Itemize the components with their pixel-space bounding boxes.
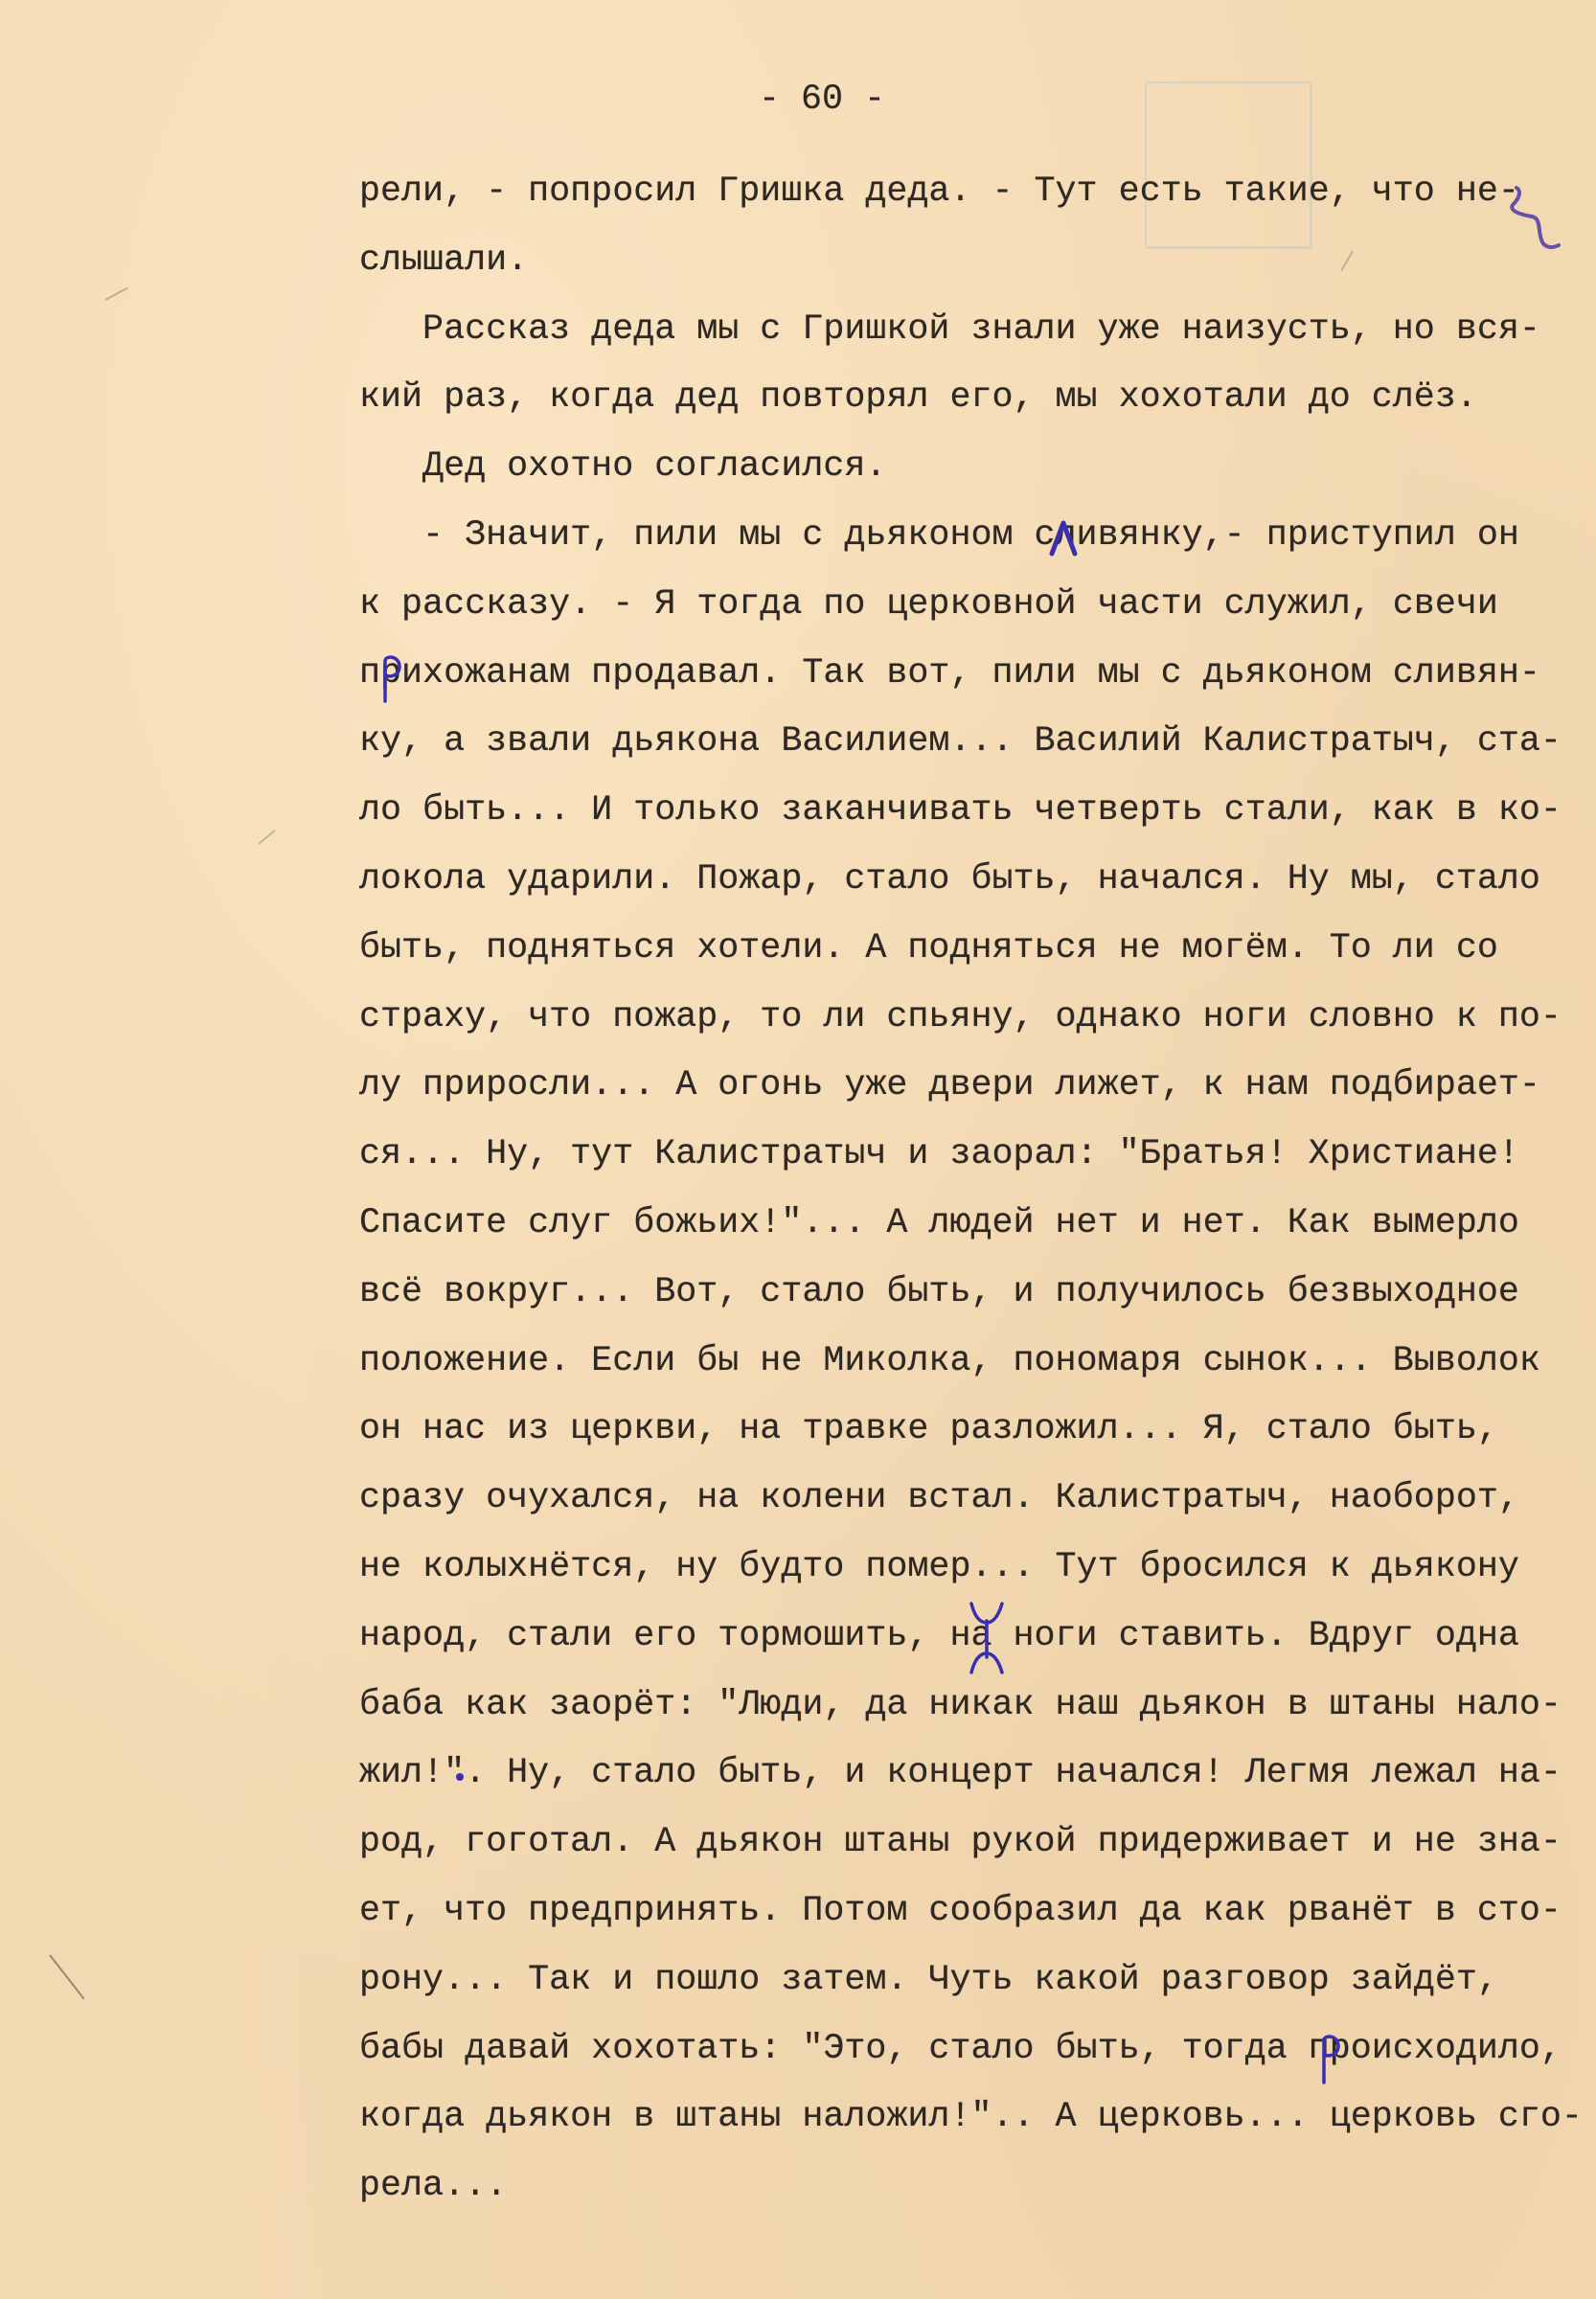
text-line: род, гоготал. А дьякон штаны рукой приде… bbox=[359, 1825, 1562, 1859]
text-line: он нас из церкви, на травке разложил... … bbox=[359, 1412, 1498, 1446]
text-line: когда дьякон в штаны наложил!".. А церко… bbox=[359, 2100, 1583, 2134]
text-line: ся... Ну, тут Калистратыч и заорал: "Бра… bbox=[359, 1137, 1519, 1172]
text-line: локола ударили. Пожар, стало быть, начал… bbox=[359, 862, 1540, 897]
text-line: не колыхнётся, ну будто помер... Тут бро… bbox=[359, 1550, 1519, 1584]
text-line: рели, - попросил Гришка деда. - Тут есть… bbox=[359, 174, 1519, 209]
text-line: к рассказу. - Я тогда по церковной части… bbox=[359, 587, 1498, 622]
text-line: Спасите слуг божьих!"... А людей нет и н… bbox=[359, 1206, 1519, 1241]
page-number: - 60 - bbox=[0, 82, 1596, 117]
text-line: ет, что предпринять. Потом сообразил да … bbox=[359, 1894, 1562, 1928]
text-line: положение. Если бы не Миколка, пономаря … bbox=[359, 1344, 1540, 1378]
text-line: ло быть... И только заканчивать четверть… bbox=[359, 793, 1562, 828]
text-line: прихожанам продавал. Так вот, пили мы с … bbox=[359, 656, 1540, 691]
text-line: страху, что пожар, то ли спьяну, однако … bbox=[359, 1000, 1562, 1035]
text-line: жил!". Ну, стало быть, и концерт начался… bbox=[359, 1756, 1562, 1790]
text-line: рону... Так и пошло затем. Чуть какой ра… bbox=[359, 1963, 1498, 1997]
text-line: слышали. bbox=[359, 243, 528, 278]
text-line: быть, подняться хотели. А подняться не м… bbox=[359, 931, 1498, 966]
text-line: Дед охотно согласился. bbox=[359, 449, 886, 484]
text-line: - Значит, пили мы с дьяконом сливянку,- … bbox=[359, 518, 1519, 553]
text-line: Рассказ деда мы с Гришкой знали уже наиз… bbox=[359, 312, 1540, 347]
text-line: сразу очухался, на колени встал. Калистр… bbox=[359, 1481, 1519, 1515]
text-line: баба как заорёт: "Люди, да никак наш дья… bbox=[359, 1688, 1562, 1722]
text-line: народ, стали его тормошить, на ноги став… bbox=[359, 1619, 1519, 1653]
text-line: рела... bbox=[359, 2169, 507, 2203]
text-line: лу приросли... А огонь уже двери лижет, … bbox=[359, 1068, 1540, 1103]
text-line: ку, а звали дьякона Василием... Василий … bbox=[359, 724, 1562, 759]
text-line: бабы давай хохотать: "Это, стало быть, т… bbox=[359, 2032, 1562, 2066]
text-line: всё вокруг... Вот, стало быть, и получил… bbox=[359, 1275, 1519, 1309]
text-line: кий раз, когда дед повторял его, мы хохо… bbox=[359, 380, 1477, 415]
